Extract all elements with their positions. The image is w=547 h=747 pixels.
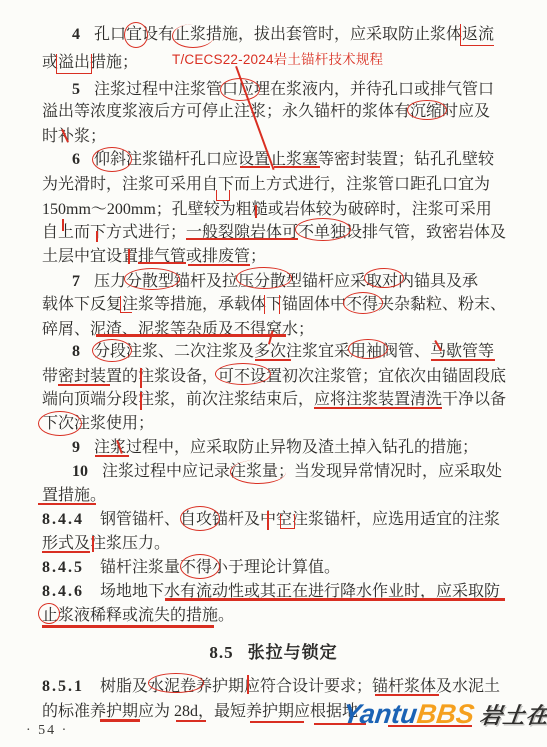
proof-mark-vline: [62, 219, 64, 231]
proof-mark-underline: [42, 551, 90, 553]
proof-mark-underline: [186, 238, 298, 240]
proof-mark-dline: [268, 330, 274, 344]
proof-mark-ubox: [216, 190, 230, 201]
proof-mark-ellipse: [343, 292, 383, 314]
proof-mark-underline: [314, 407, 442, 409]
proof-mark-underline: [165, 598, 505, 601]
proof-mark-corner: [460, 24, 494, 46]
watermark-cn: 岩土在线: [478, 703, 547, 728]
proof-mark-vline: [247, 675, 249, 694]
proof-mark-vline: [96, 231, 98, 242]
proof-mark-bracket: [264, 295, 280, 314]
proof-mark-dline: [235, 66, 275, 170]
proof-mark-underline: [138, 262, 186, 264]
proof-mark-underline: [176, 720, 206, 722]
proof-mark-vline: [128, 249, 130, 264]
proof-mark-underline: [100, 719, 140, 722]
proof-mark-underline: [95, 455, 129, 457]
proof-mark-ellipseLB: [172, 24, 214, 48]
proof-mark-underline: [96, 334, 286, 337]
proof-mark-underline: [42, 625, 214, 628]
watermark: YantuBBS岩土在线: [341, 699, 547, 730]
proof-mark-ellipse: [92, 339, 132, 362]
proof-mark-corner: [120, 296, 132, 313]
proof-mark-underline: [38, 503, 96, 505]
proof-mark-ellipse: [348, 339, 388, 359]
annotation-layer: [0, 0, 547, 747]
proof-mark-ellipse: [92, 147, 132, 172]
proof-mark-vline: [92, 536, 94, 552]
proof-mark-ellipse: [180, 506, 220, 531]
proof-mark-vline: [255, 205, 257, 218]
proof-mark-underline: [58, 384, 110, 386]
proof-mark-ellipse: [148, 673, 204, 693]
proof-mark-underline: [188, 264, 250, 266]
proof-mark-ellipse: [124, 22, 148, 48]
proof-mark-ellipse: [180, 554, 220, 579]
proof-mark-ubox: [280, 514, 295, 529]
proof-mark-dline: [61, 129, 69, 143]
proof-mark-ellipse: [407, 100, 447, 120]
proof-mark-ellipse: [38, 411, 82, 436]
proof-mark-dline: [116, 440, 123, 454]
proof-mark-ellipse: [236, 267, 292, 289]
proof-mark-ellipse: [220, 78, 260, 101]
proof-mark-vline: [267, 511, 269, 530]
proof-mark-vline: [140, 392, 142, 410]
proof-mark-underline: [431, 359, 495, 361]
watermark-bbs: BBS: [415, 699, 476, 729]
proof-mark-ellipse: [38, 603, 60, 624]
document-page: 4孔口宜设有止浆措施，拔出套管时，应采取防止浆体返流或溢出措施；5注浆过程中注浆…: [0, 0, 547, 747]
proof-mark-underline: [274, 166, 320, 168]
page-number: · 54 ·: [26, 723, 68, 739]
proof-mark-ellipse: [124, 268, 180, 290]
proof-mark-underline: [255, 359, 291, 361]
proof-mark-ubox: [56, 54, 92, 74]
proof-mark-underline: [250, 721, 304, 723]
proof-mark-dline: [434, 340, 442, 351]
watermark-yantu: Yantu: [341, 699, 419, 729]
proof-mark-underline: [240, 166, 270, 168]
proof-mark-underline: [375, 694, 439, 696]
proof-mark-ellipse: [215, 363, 271, 385]
proof-mark-ellipse: [364, 268, 404, 288]
proof-mark-vline: [140, 368, 142, 388]
proof-mark-ellipse: [295, 218, 351, 241]
proof-mark-ellipseLB: [230, 460, 286, 484]
